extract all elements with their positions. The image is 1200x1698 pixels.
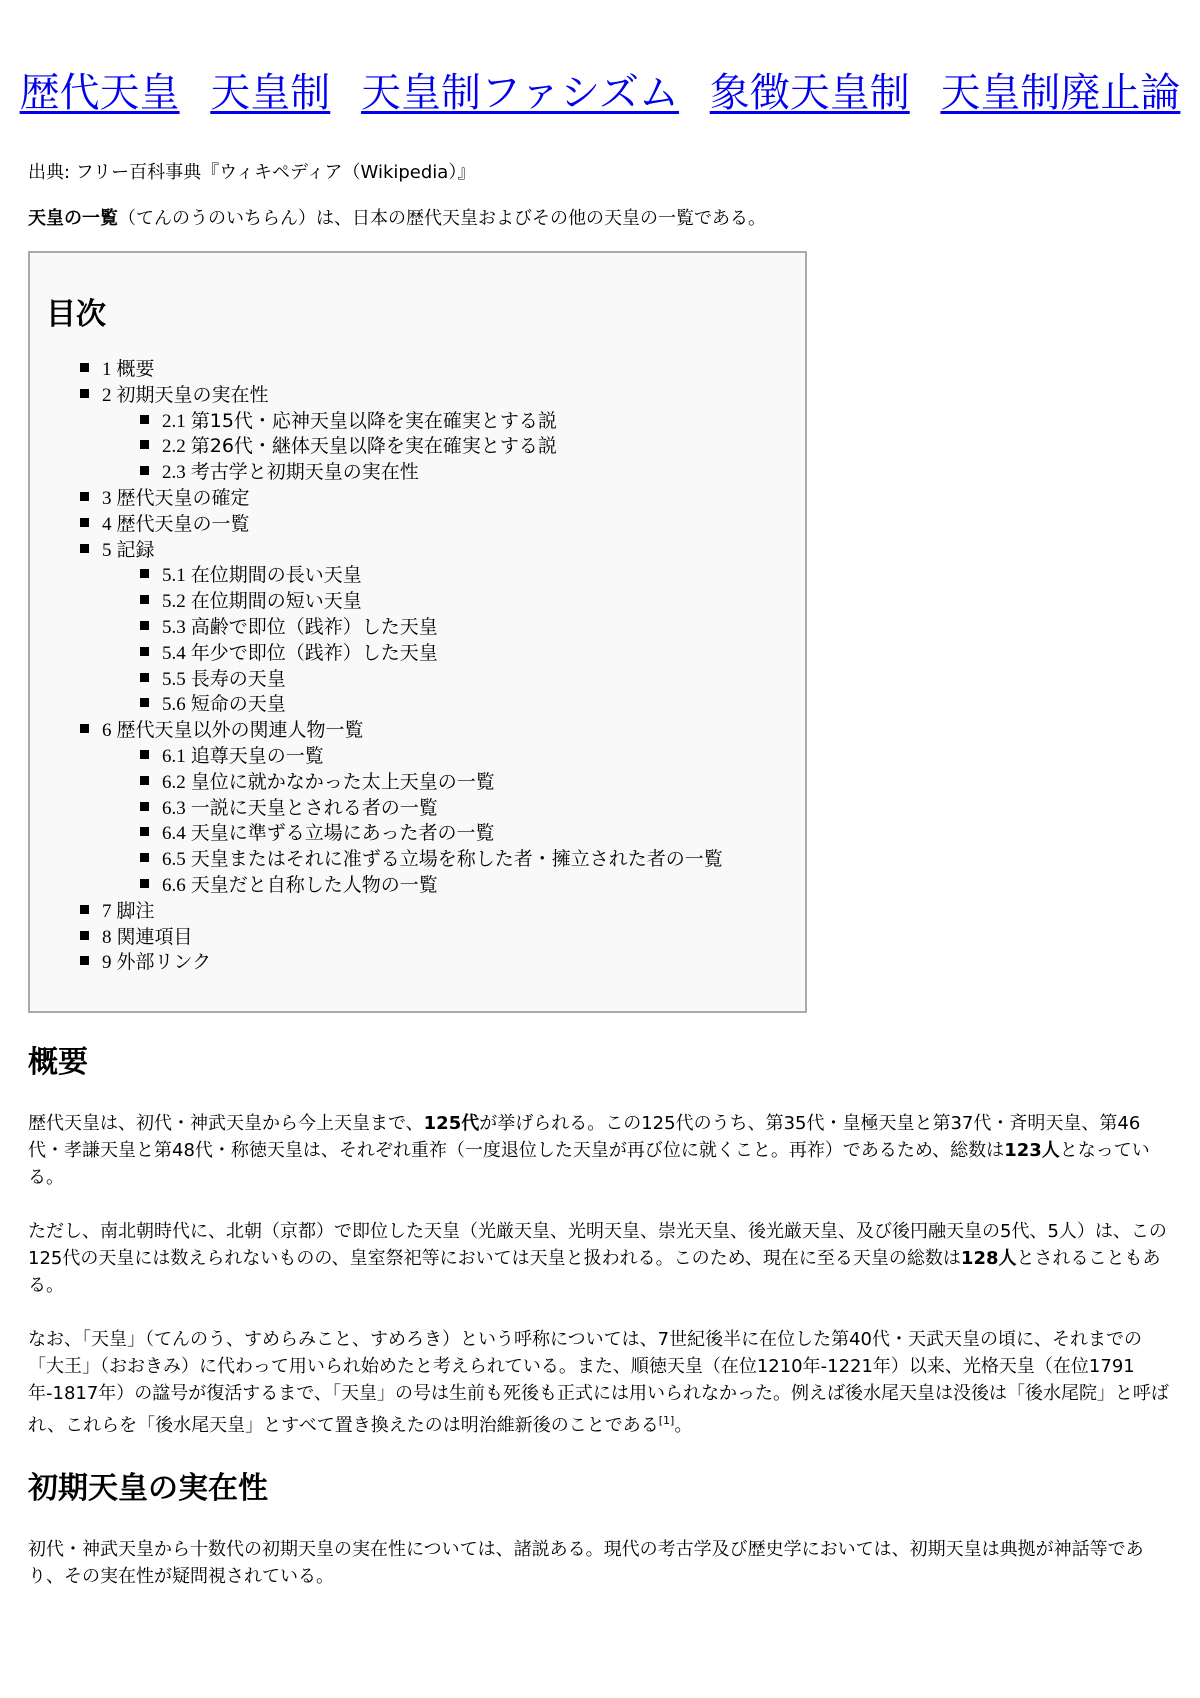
square-bullet-icon [80, 518, 89, 527]
section-heading-early-emperors: 初期天皇の実在性 [28, 1469, 1172, 1509]
toc-item-1[interactable]: 1概要 [80, 357, 723, 383]
square-bullet-icon [80, 389, 89, 398]
toc-item-5-2[interactable]: 5.2在位期間の短い天皇 [80, 589, 723, 615]
toc-item-2-1[interactable]: 2.1第15代・応神天皇以降を実在確実とする説 [80, 409, 723, 435]
toc-item-3[interactable]: 3歴代天皇の確定 [80, 486, 723, 512]
square-bullet-icon [80, 905, 89, 914]
toc-item-7[interactable]: 7脚注 [80, 899, 723, 925]
toc-item-8[interactable]: 8関連項目 [80, 925, 723, 951]
square-bullet-icon [140, 466, 149, 475]
toc-item-6-4[interactable]: 6.4天皇に準ずる立場にあった者の一覧 [80, 821, 723, 847]
nav-link-shocho-tennosei[interactable]: 象徴天皇制 [710, 70, 910, 116]
nav-link-tennosei-haishiron[interactable]: 天皇制廃止論 [940, 70, 1180, 116]
overview-paragraph-2: ただし、南北朝時代に、北朝（京都）で即位した天皇（光厳天皇、光明天皇、崇光天皇、… [28, 1218, 1172, 1299]
toc-item-6-5[interactable]: 6.5天皇またはそれに准ずる立場を称した者・擁立された者の一覧 [80, 847, 723, 873]
toc-item-2-3[interactable]: 2.3考古学と初期天皇の実在性 [80, 460, 723, 486]
toc-list: 1概要 2初期天皇の実在性 2.1第15代・応神天皇以降を実在確実とする説 2.… [80, 357, 723, 976]
toc-title: 目次 [46, 297, 106, 333]
square-bullet-icon [140, 569, 149, 578]
toc-item-6-3[interactable]: 6.3一説に天皇とされる者の一覧 [80, 796, 723, 822]
square-bullet-icon [140, 415, 149, 424]
toc-item-5[interactable]: 5記録 [80, 538, 723, 564]
square-bullet-icon [140, 776, 149, 785]
overview-paragraph-1: 歴代天皇は、初代・神武天皇から今上天皇まで、125代が挙げられる。この125代の… [28, 1110, 1172, 1191]
toc-item-6[interactable]: 6歴代天皇以外の関連人物一覧 [80, 718, 723, 744]
toc-item-6-6[interactable]: 6.6天皇だと自称した人物の一覧 [80, 873, 723, 899]
square-bullet-icon [140, 647, 149, 656]
lead-paragraph: 天皇の一覧（てんのうのいちらん）は、日本の歴代天皇およびその他の天皇の一覧である… [28, 205, 1172, 233]
square-bullet-icon [140, 802, 149, 811]
square-bullet-icon [140, 595, 149, 604]
table-of-contents: 目次 1概要 2初期天皇の実在性 2.1第15代・応神天皇以降を実在確実とする説… [28, 251, 807, 1013]
square-bullet-icon [140, 440, 149, 449]
source-line: 出典: フリー百科事典『ウィキペディア（Wikipedia）』 [28, 159, 1172, 187]
toc-item-9[interactable]: 9外部リンク [80, 950, 723, 976]
article-content: 出典: フリー百科事典『ウィキペディア（Wikipedia）』 天皇の一覧（てん… [0, 159, 1200, 1590]
top-navigation: 歴代天皇 天皇制 天皇制ファシズム 象徴天皇制 天皇制廃止論 [0, 0, 1200, 128]
square-bullet-icon [140, 698, 149, 707]
toc-item-5-4[interactable]: 5.4年少で即位（践祚）した天皇 [80, 641, 723, 667]
toc-item-2-2[interactable]: 2.2第26代・継体天皇以降を実在確実とする説 [80, 434, 723, 460]
square-bullet-icon [140, 827, 149, 836]
square-bullet-icon [140, 750, 149, 759]
section-heading-overview: 概要 [28, 1043, 1172, 1083]
square-bullet-icon [140, 853, 149, 862]
square-bullet-icon [80, 956, 89, 965]
lead-term: 天皇の一覧 [28, 208, 118, 229]
toc-item-5-5[interactable]: 5.5長寿の天皇 [80, 667, 723, 693]
square-bullet-icon [80, 492, 89, 501]
overview-paragraph-3: なお、「天皇」（てんのう、すめらみこと、すめろき）という呼称については、7世紀後… [28, 1326, 1172, 1439]
toc-item-4[interactable]: 4歴代天皇の一覧 [80, 512, 723, 538]
square-bullet-icon [80, 931, 89, 940]
toc-item-5-1[interactable]: 5.1在位期間の長い天皇 [80, 563, 723, 589]
footnote-link[interactable]: [1] [659, 1414, 675, 1427]
square-bullet-icon [140, 673, 149, 682]
toc-item-6-1[interactable]: 6.1追尊天皇の一覧 [80, 744, 723, 770]
square-bullet-icon [80, 544, 89, 553]
square-bullet-icon [80, 363, 89, 372]
toc-item-6-2[interactable]: 6.2皇位に就かなかった太上天皇の一覧 [80, 770, 723, 796]
square-bullet-icon [140, 879, 149, 888]
square-bullet-icon [80, 724, 89, 733]
nav-link-rekidai-tenno[interactable]: 歴代天皇 [20, 70, 180, 116]
nav-link-tennosei-fascism[interactable]: 天皇制ファシズム [361, 70, 679, 116]
nav-link-tennosei[interactable]: 天皇制 [210, 70, 330, 116]
square-bullet-icon [140, 621, 149, 630]
toc-item-2[interactable]: 2初期天皇の実在性 [80, 383, 723, 409]
toc-item-5-6[interactable]: 5.6短命の天皇 [80, 692, 723, 718]
lead-text: （てんのうのいちらん）は、日本の歴代天皇およびその他の天皇の一覧である。 [118, 208, 766, 229]
early-paragraph-1: 初代・神武天皇から十数代の初期天皇の実在性については、諸説ある。現代の考古学及び… [28, 1536, 1172, 1590]
toc-item-5-3[interactable]: 5.3高齢で即位（践祚）した天皇 [80, 615, 723, 641]
